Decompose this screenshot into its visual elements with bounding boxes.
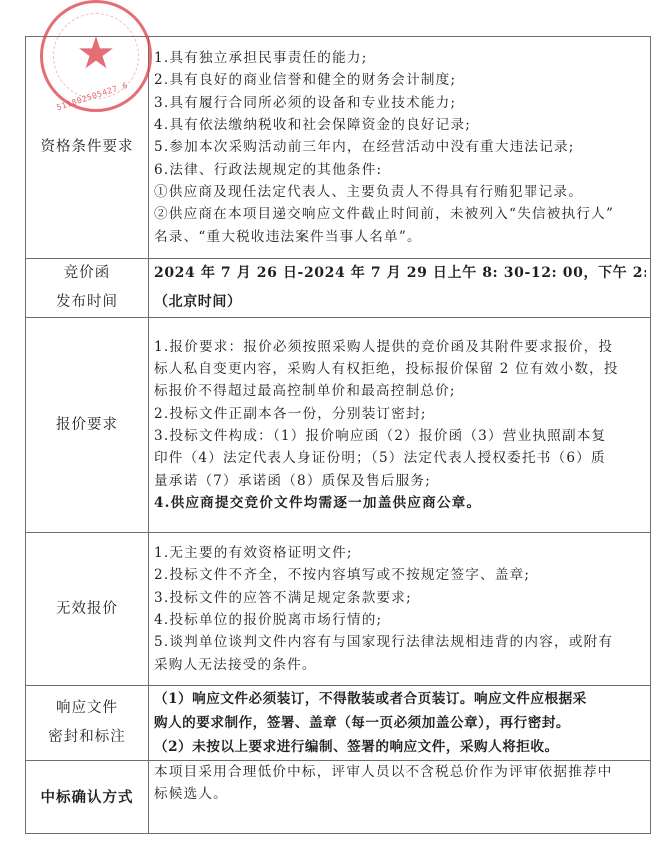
label-release-time: 竞价函 发布时间	[26, 259, 149, 318]
label-sealing-line2: 密封和标注	[26, 723, 148, 752]
invalid-item-2: 2.投标文件不齐全，不按内容填写或不按规定签字、盖章;	[154, 564, 646, 586]
content-sealing: （1）响应文件必须装订，不得散装或者合页装订。响应文件应根据采 购人的要求制作，…	[149, 686, 651, 761]
release-time-range: 2024 年 7 月 26 日-2024 年 7 月 29 日上午 8: 30-…	[154, 259, 646, 288]
label-release-time-line2: 发布时间	[26, 288, 148, 317]
qualification-subitem-2-cont: 名录、“重大税收违法案件当事人名单”。	[154, 226, 646, 248]
invalid-item-1: 1.无主要的有效资格证明文件;	[154, 542, 646, 564]
release-time-zone: （北京时间）	[154, 288, 646, 317]
invalid-item-3: 3.投标文件的应答不满足规定条款要求;	[154, 587, 646, 609]
procurement-requirements-table: 资格条件要求 1.具有独立承担民事责任的能力; 2.具有良好的商业信誉和健全的财…	[25, 36, 651, 834]
invalid-item-5: 5.谈判单位谈判文件内容有与国家现行法律法规相违背的内容，或附有	[154, 631, 646, 653]
qualification-item-1: 1.具有独立承担民事责任的能力;	[154, 47, 646, 69]
quote-req-line-6: 印件（4）法定代表人身证份明；（5）法定代表人授权委托书（6）质	[154, 447, 646, 469]
content-invalid-quote: 1.无主要的有效资格证明文件; 2.投标文件不齐全，不按内容填写或不按规定签字、…	[149, 533, 651, 686]
row-release-time: 竞价函 发布时间 2024 年 7 月 26 日-2024 年 7 月 29 日…	[26, 259, 651, 318]
qualification-subitem-1: ①供应商及现任法定代表人、主要负责人不得具有行贿犯罪记录。	[154, 181, 646, 203]
quote-req-line-4: 2.投标文件正副本各一份，分别装订密封;	[154, 403, 646, 425]
qualification-item-6: 6.法律、行政法规规定的其他条件:	[154, 159, 646, 181]
sealing-line-2: 购人的要求制作，签署、盖章（每一页必须加盖公章），再行密封。	[154, 711, 646, 735]
qualification-subitem-2: ②供应商在本项目递交响应文件截止时间前，未被列入“失信被执行人”	[154, 203, 646, 225]
label-sealing: 响应文件 密封和标注	[26, 686, 149, 761]
row-invalid-quote: 无效报价 1.无主要的有效资格证明文件; 2.投标文件不齐全，不按内容填写或不按…	[26, 533, 651, 686]
quote-req-line-5: 3.投标文件构成：（1）报价响应函（2）报价函（3）营业执照副本复	[154, 425, 646, 447]
sealing-line-1: （1）响应文件必须装订，不得散装或者合页装订。响应文件应根据采	[154, 687, 646, 711]
quote-req-line-7: 量承诺（7）承诺函（8）质保及售后服务;	[154, 470, 646, 492]
label-award-method-text: 中标确认方式	[41, 789, 134, 806]
quote-req-line-8: 4.供应商提交竞价文件均需逐一加盖供应商公章。	[154, 492, 646, 514]
label-invalid-quote: 无效报价	[26, 533, 149, 686]
quote-req-line-3: 标报价不得超过最高控制单价和最高控制总价;	[154, 380, 646, 402]
row-award-method: 中标确认方式 本项目采用合理低价中标，评审人员以不含税总价作为评审依据推荐中 标…	[26, 761, 651, 834]
award-line-2: 标候选人。	[154, 783, 646, 805]
invalid-item-4: 4.投标单位的报价脱离市场行情的;	[154, 609, 646, 631]
award-line-1: 本项目采用合理低价中标，评审人员以不含税总价作为评审依据推荐中	[154, 761, 646, 783]
label-qualification: 资格条件要求	[26, 37, 149, 259]
label-sealing-line1: 响应文件	[26, 694, 148, 723]
qualification-item-3: 3.具有履行合同所必须的设备和专业技术能力;	[154, 92, 646, 114]
invalid-item-5-cont: 采购人无法接受的条件。	[154, 654, 646, 676]
label-quote-requirements: 报价要求	[26, 318, 149, 533]
content-quote-requirements: 1.报价要求：报价必须按照采购人提供的竞价函及其附件要求报价，投 标人私自变更内…	[149, 318, 651, 533]
qualification-item-4: 4.具有依法缴纳税收和社会保障资金的良好记录;	[154, 114, 646, 136]
quote-req-line-1: 1.报价要求：报价必须按照采购人提供的竞价函及其附件要求报价，投	[154, 336, 646, 358]
content-award-method: 本项目采用合理低价中标，评审人员以不含税总价作为评审依据推荐中 标候选人。	[149, 761, 651, 834]
row-sealing: 响应文件 密封和标注 （1）响应文件必须装订，不得散装或者合页装订。响应文件应根…	[26, 686, 651, 761]
row-qualification: 资格条件要求 1.具有独立承担民事责任的能力; 2.具有良好的商业信誉和健全的财…	[26, 37, 651, 259]
qualification-item-2: 2.具有良好的商业信誉和健全的财务会计制度;	[154, 69, 646, 91]
qualification-item-5: 5.参加本次采购活动前三年内，在经营活动中没有重大违法记录;	[154, 136, 646, 158]
label-quote-requirements-text: 报价要求	[56, 417, 118, 433]
sealing-line-3: （2）未按以上要求进行编制、签署的响应文件，采购人将拒收。	[154, 735, 646, 759]
label-qualification-text: 资格条件要求	[41, 139, 134, 155]
label-award-method: 中标确认方式	[26, 761, 149, 834]
content-qualification: 1.具有独立承担民事责任的能力; 2.具有良好的商业信誉和健全的财务会计制度; …	[149, 37, 651, 259]
row-quote-requirements: 报价要求 1.报价要求：报价必须按照采购人提供的竞价函及其附件要求报价，投 标人…	[26, 318, 651, 533]
content-release-time: 2024 年 7 月 26 日-2024 年 7 月 29 日上午 8: 30-…	[149, 259, 651, 318]
label-invalid-quote-text: 无效报价	[56, 601, 118, 617]
quote-req-line-2: 标人私自变更内容，采购人有权拒绝，投标报价保留 2 位有效小数，投	[154, 358, 646, 380]
label-release-time-line1: 竞价函	[26, 259, 148, 288]
